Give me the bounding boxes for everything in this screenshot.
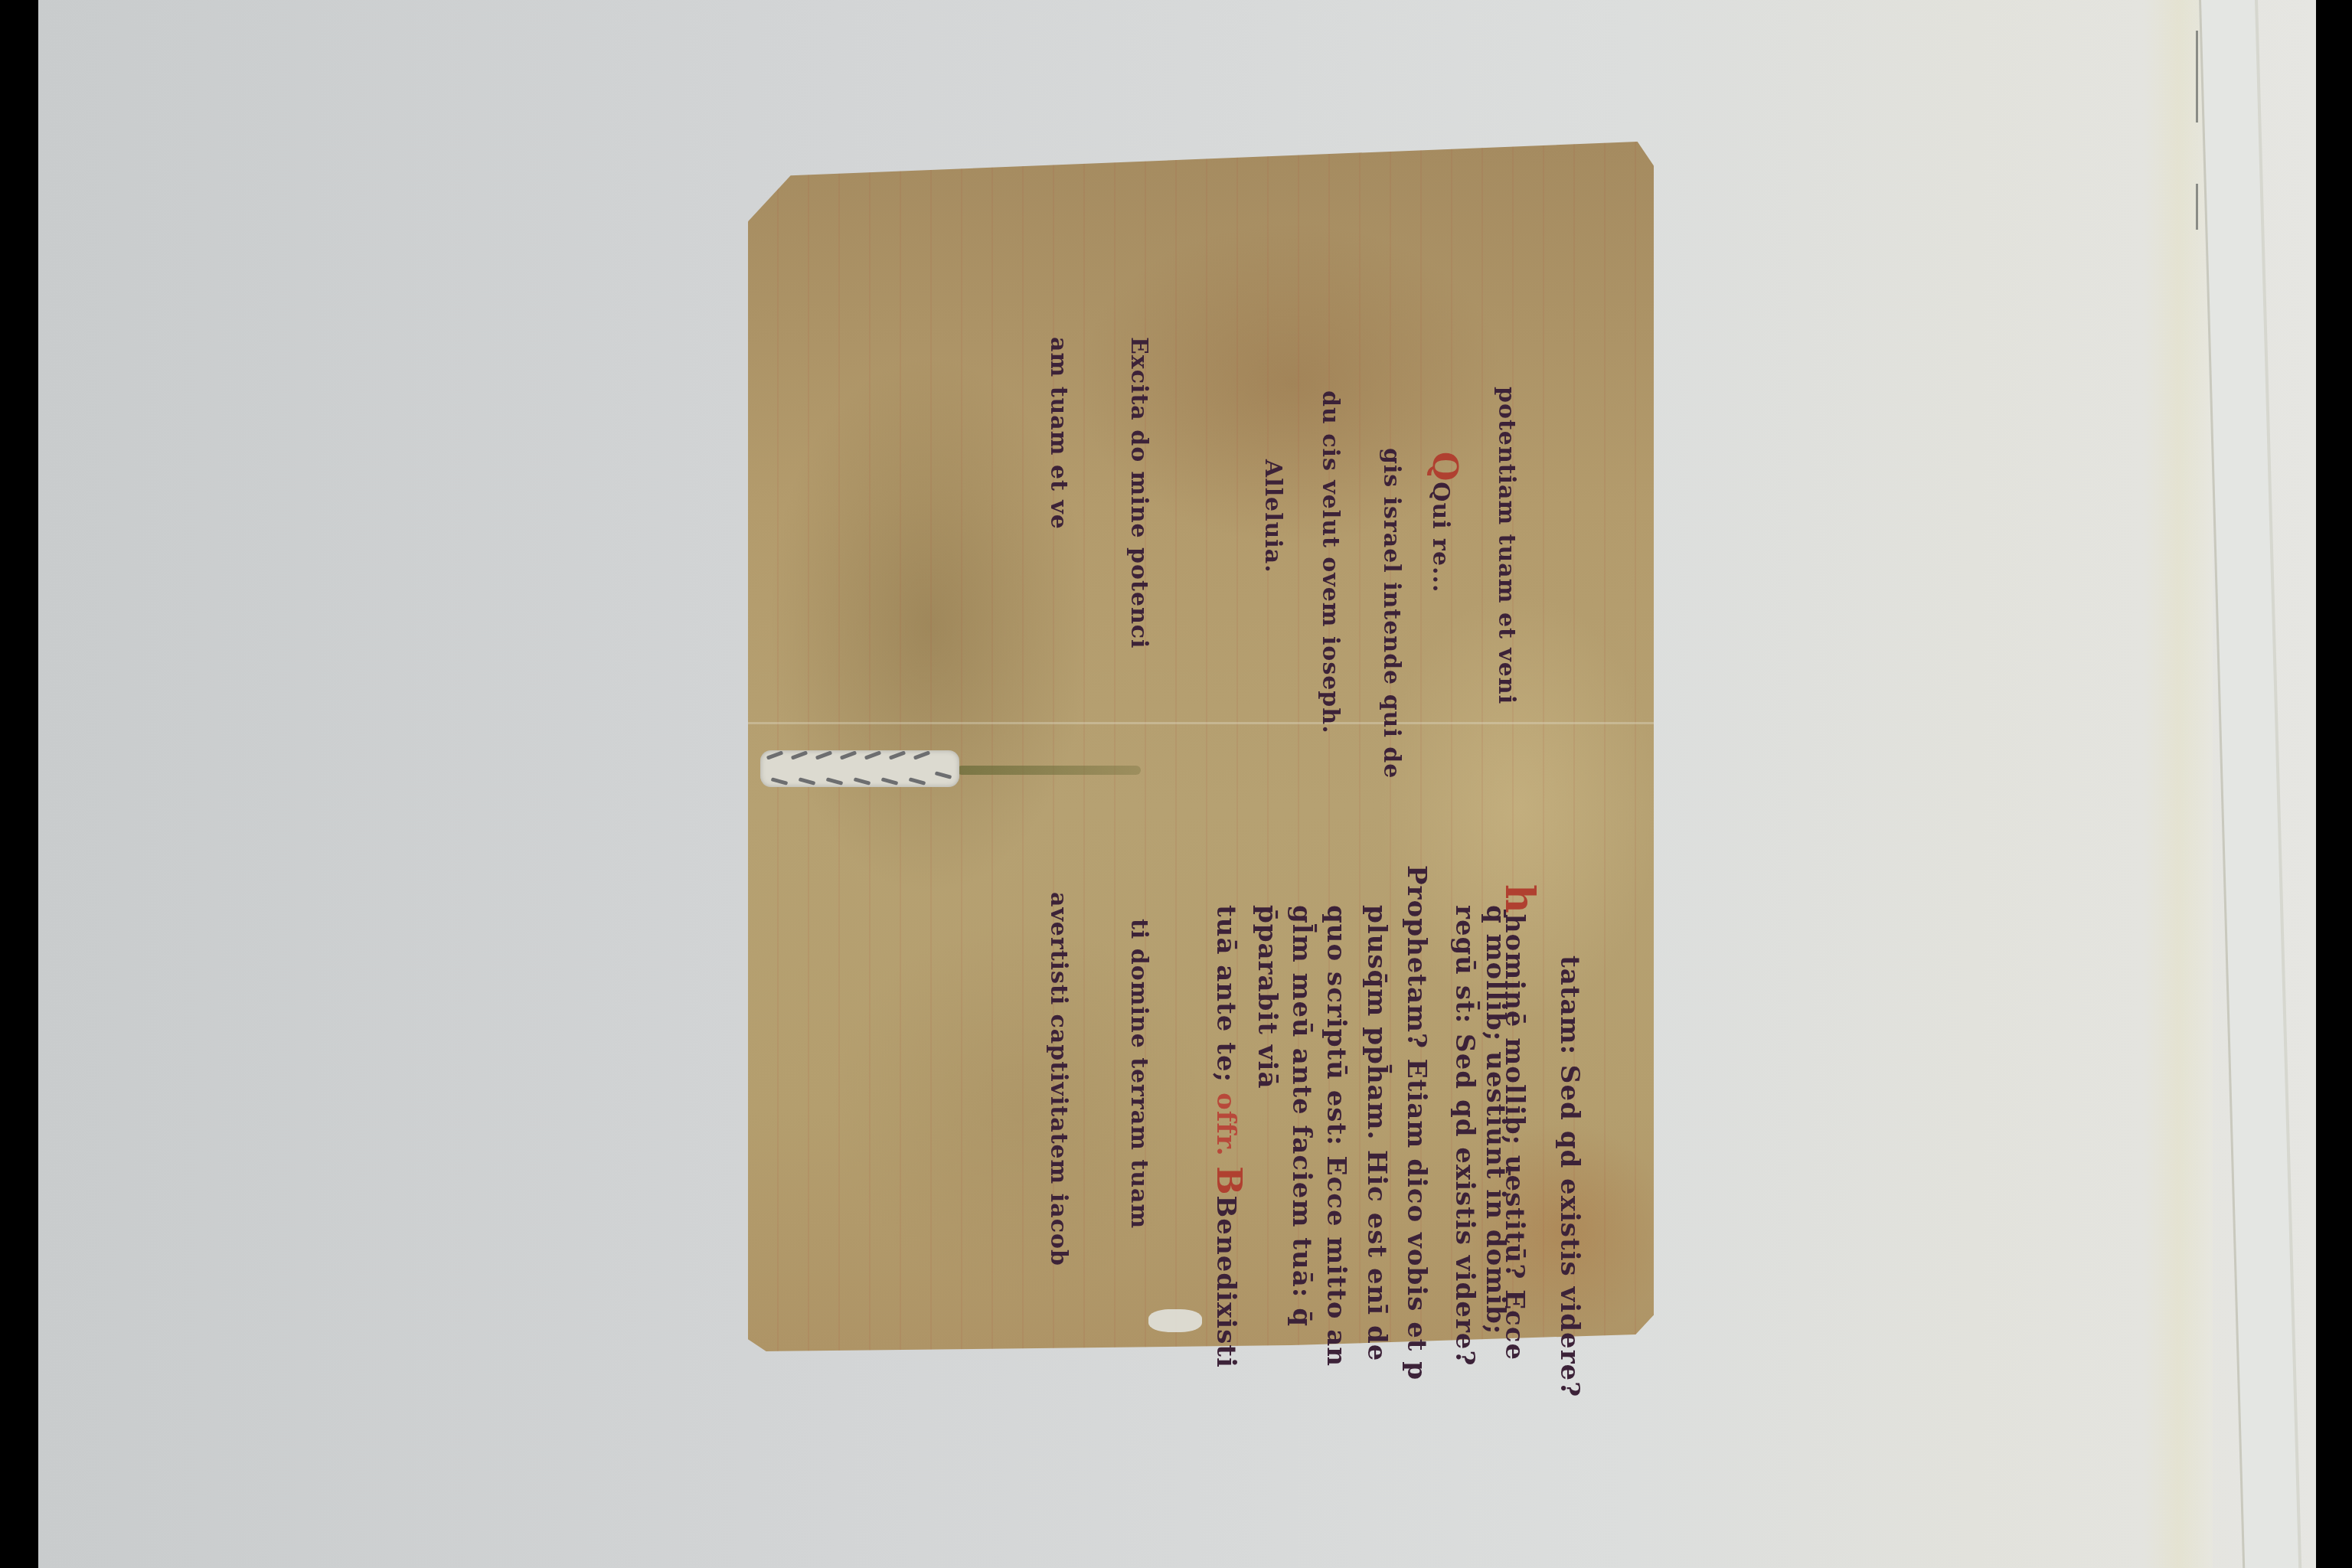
manuscript-line: QQui re... (1425, 452, 1464, 593)
fold-crease (748, 722, 1654, 724)
manuscript-line: tuā ante te; offr. BBenedixisti (1209, 905, 1248, 1368)
manuscript-line-text: tuā ante te; (1210, 905, 1241, 1083)
stitch (840, 750, 857, 759)
manuscript-line: du cis velut ovem ioseph. (1317, 390, 1344, 734)
manuscript-line: avertisti captivitatem iacob (1045, 892, 1072, 1266)
initial-b: B (1209, 1166, 1248, 1195)
manuscript-line: ti domine terram tuam (1125, 919, 1152, 1229)
manuscript-line: Excita do mine potenci (1125, 337, 1152, 648)
manuscript-line: Prophetam? Etiam dico vobis et p (1401, 865, 1432, 1380)
repair-stain (957, 766, 1141, 775)
manuscript-line: tatam: Sed qd existis videre? (1554, 955, 1585, 1397)
manuscript-line: gis israel intende qui de (1378, 448, 1405, 779)
stitch (766, 750, 783, 759)
manuscript-line: q̄ mollib; uestiunt̄ in domib; (1480, 905, 1511, 1334)
initial-q: Q (1425, 452, 1464, 482)
manuscript-line: quo scriptū est: Ecce mitto an (1321, 905, 1351, 1367)
stitch (826, 777, 844, 786)
stitch (854, 777, 871, 786)
manuscript-line-text: Benedixisti (1210, 1196, 1241, 1368)
manuscript-line: regū st̄: Sed qd existis videre? (1449, 905, 1480, 1366)
stitched-repair (760, 750, 959, 787)
stitch (771, 777, 789, 786)
manuscript-line: gl̄m meū ante faciem tuā: q̄ (1286, 905, 1317, 1327)
manuscript-line: plusq̄m pph̄am. Hic est enī de (1361, 905, 1392, 1362)
stitch (889, 750, 906, 759)
rubric-offertory: offr. (1210, 1093, 1241, 1157)
mount-shadow (2144, 0, 2213, 1568)
manuscript-line: am tuam et ve (1045, 337, 1072, 530)
stitch (935, 771, 952, 779)
manuscript-line: p̄parabit viā (1252, 905, 1282, 1089)
stitch (799, 777, 816, 786)
manuscript-line-text: Qui re... (1427, 482, 1454, 593)
stitch (881, 777, 899, 786)
stitch (909, 777, 926, 786)
manuscript-line: potentiam tuam et veni (1493, 387, 1520, 704)
manuscript-line: Alleluia. (1259, 459, 1286, 573)
tissue-edge-mark (2196, 184, 2198, 230)
tissue-edge-mark (2196, 31, 2198, 122)
parchment-wear-spot (1148, 1309, 1202, 1332)
stitch (913, 750, 930, 759)
stitch (791, 750, 808, 759)
stitch (864, 750, 881, 759)
stitch (815, 750, 832, 759)
